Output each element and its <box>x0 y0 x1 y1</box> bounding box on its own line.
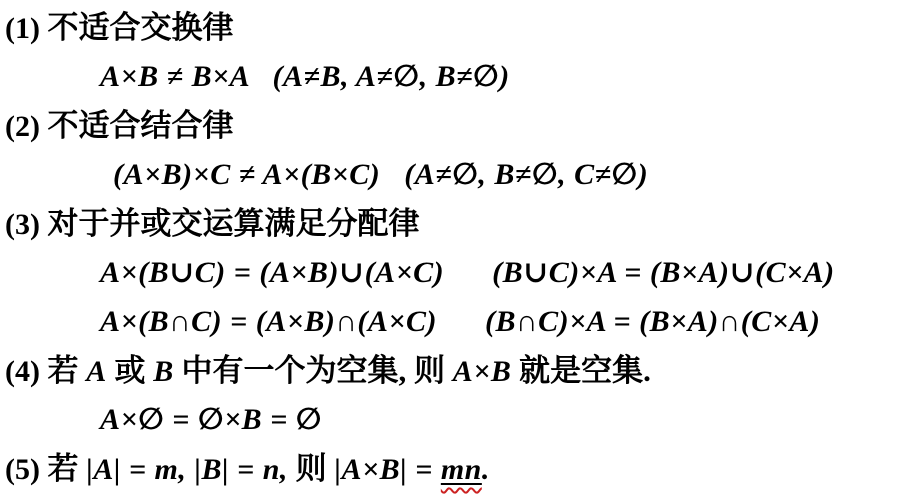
line-2: A×B ≠ B×A (A≠B, A≠∅, B≠∅) <box>0 52 911 101</box>
line-10: (5) 若 |A| = m, |B| = n, 则 |A×B| = mn. <box>0 444 911 493</box>
math-formula: A×B ≠ B×A (A≠B, A≠∅, B≠∅) <box>100 60 510 93</box>
item-number: (3) <box>5 208 47 241</box>
math-formula: A×(B∩C) = (A×B)∩(A×C) (B∩C)×A = (B×A)∩(C… <box>100 305 820 338</box>
item-number: (2) <box>5 110 47 143</box>
line-6: A×(B∪C) = (A×B)∪(A×C) (B∪C)×A = (B×A)∪(C… <box>0 248 911 297</box>
line-5: (3) 对于并或交运算满足分配律 <box>0 199 911 248</box>
cjk-text: 不适合交换律 <box>47 10 233 45</box>
math-formula: |A×B| = <box>334 453 440 486</box>
cjk-text: 若 <box>47 451 86 486</box>
line-7: A×(B∩C) = (A×B)∩(A×C) (B∩C)×A = (B×A)∩(C… <box>0 297 911 346</box>
squiggle-underline-text: mn <box>441 453 482 486</box>
math-formula: |A| = m, |B| = n, <box>86 453 288 486</box>
cjk-text: 对于并或交运算满足分配律 <box>47 206 419 241</box>
cjk-text: 则 <box>288 451 335 486</box>
cjk-text: 或 <box>107 353 154 388</box>
cjk-text: 不适合结合律 <box>47 108 233 143</box>
line-3: (2) 不适合结合律 <box>0 101 911 150</box>
line-1: (1) 不适合交换律 <box>0 3 911 52</box>
math-formula: A×(B∪C) = (A×B)∪(A×C) (B∪C)×A = (B×A)∪(C… <box>100 256 835 289</box>
slide: (1) 不适合交换律A×B ≠ B×A (A≠B, A≠∅, B≠∅)(2) 不… <box>0 0 911 503</box>
cjk-text: 若 <box>47 353 86 388</box>
math-underlined: mn <box>441 453 482 486</box>
line-9: A×∅ = ∅×B = ∅ <box>0 395 911 444</box>
math-formula: B <box>153 355 174 388</box>
item-number: (1) <box>5 12 47 45</box>
item-number: (5) <box>5 453 47 486</box>
math-formula: A×B <box>453 355 512 388</box>
math-formula: . <box>482 453 490 486</box>
math-formula: A <box>86 355 107 388</box>
math-formula: A×∅ = ∅×B = ∅ <box>100 403 322 436</box>
line-4: (A×B)×C ≠ A×(B×C) (A≠∅, B≠∅, C≠∅) <box>0 150 911 199</box>
line-8: (4) 若 A 或 B 中有一个为空集, 则 A×B 就是空集. <box>0 346 911 395</box>
math-formula: (A×B)×C ≠ A×(B×C) (A≠∅, B≠∅, C≠∅) <box>113 158 648 191</box>
item-number: (4) <box>5 355 47 388</box>
cjk-text: 就是空集. <box>511 353 651 388</box>
content: (1) 不适合交换律A×B ≠ B×A (A≠B, A≠∅, B≠∅)(2) 不… <box>0 3 911 493</box>
cjk-text: 中有一个为空集, 则 <box>174 353 453 388</box>
